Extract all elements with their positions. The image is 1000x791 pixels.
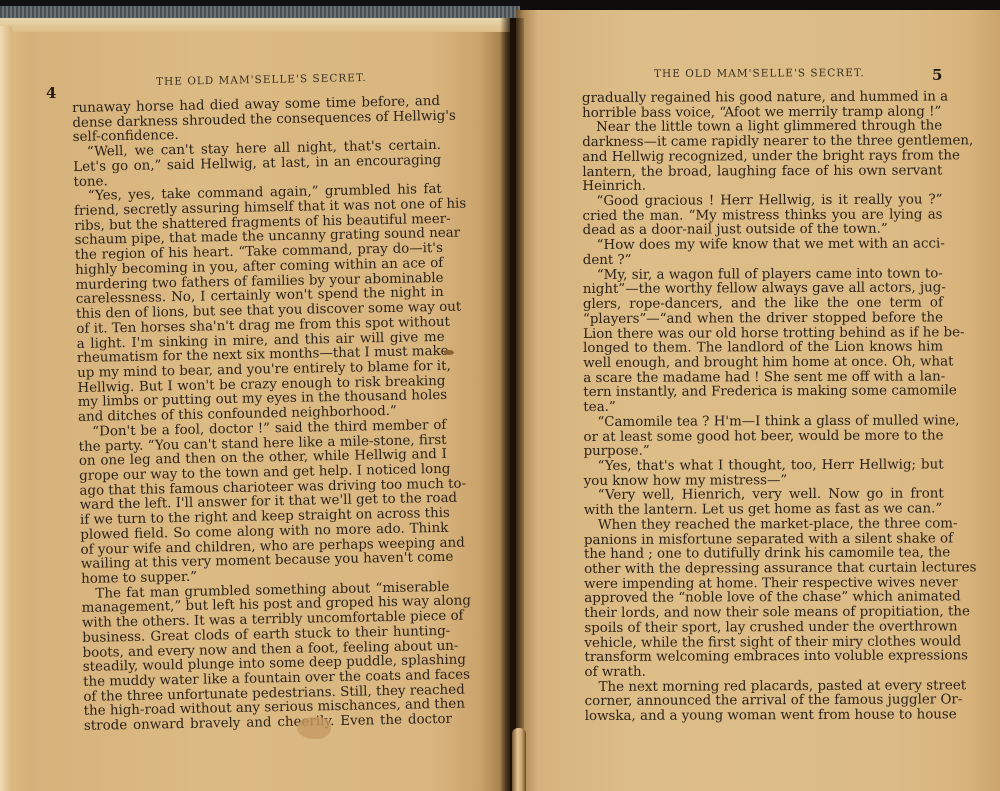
text-line: tern instantly, and Frederica is making …	[583, 385, 943, 401]
page-number: 4	[46, 84, 56, 102]
page-top-edge	[0, 18, 510, 32]
text-line: or at least some good hot beer, would be…	[583, 429, 943, 445]
text-line: lowska, and a young woman went from hous…	[585, 709, 945, 725]
running-head: THE OLD MAM'SELLE'S SECRET.	[654, 67, 865, 80]
right-page-text: gradually regained his good nature, and …	[582, 90, 945, 724]
left-page-text: runaway horse had died away some time be…	[72, 95, 452, 735]
text-line: transform welcoming embraces into volubl…	[584, 650, 944, 666]
book-cover-cloth	[0, 0, 520, 18]
book-gutter	[500, 18, 524, 791]
text-line: “How does my wife know that we met with …	[583, 238, 943, 254]
text-line: lantern, the broad, laughing face of his…	[582, 164, 942, 180]
left-page: 4 THE OLD MAM'SELLE'S SECRET. runaway ho…	[0, 18, 510, 791]
torn-page-fragment	[512, 728, 526, 791]
right-page: THE OLD MAM'SELLE'S SECRET. 5 gradually …	[516, 10, 1000, 791]
running-head: THE OLD MAM'SELLE'S SECRET.	[156, 72, 367, 88]
paper-stain	[297, 717, 331, 739]
page-edge	[0, 26, 12, 791]
ink-spot	[444, 350, 454, 355]
page-number: 5	[932, 66, 942, 84]
